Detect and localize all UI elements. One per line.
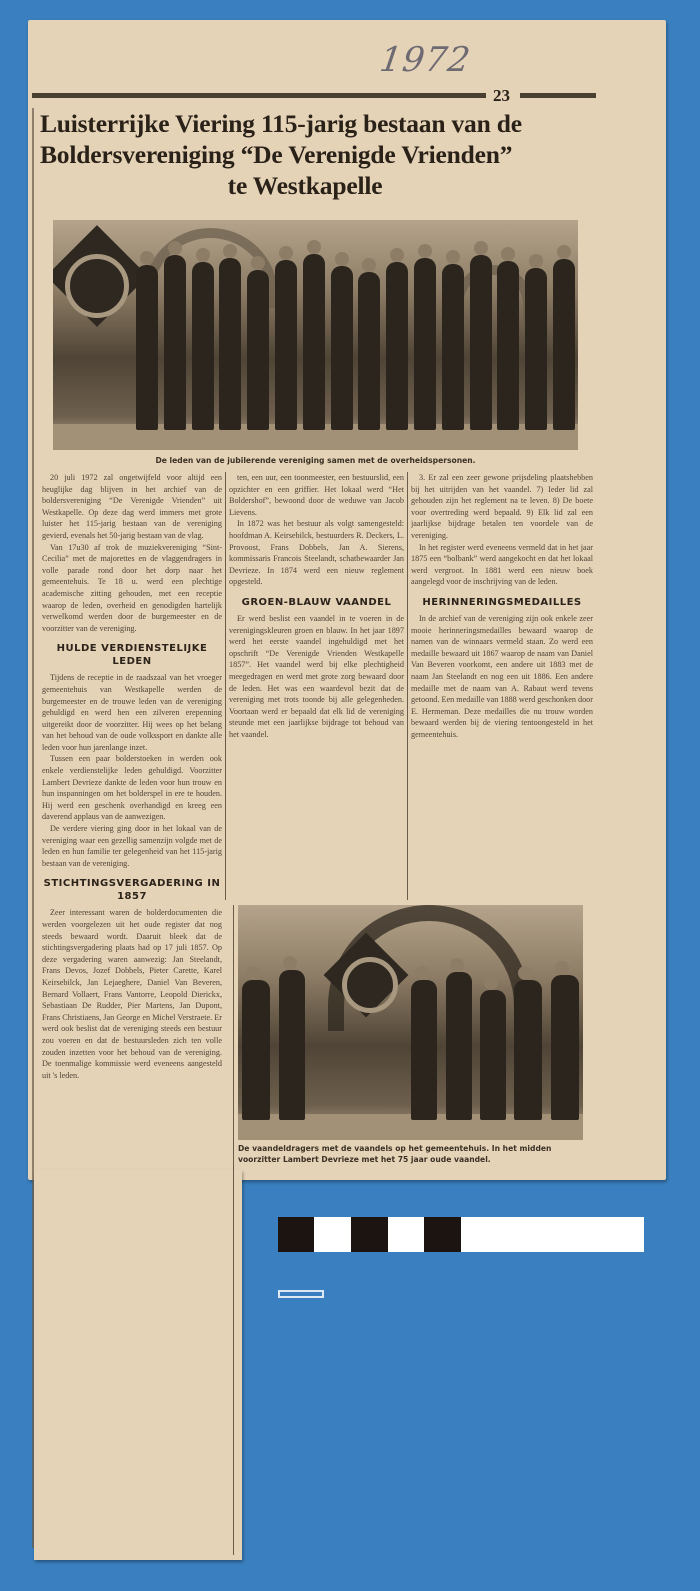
subheading: GROEN-BLAUW VAANDEL [229,596,404,609]
paragraph: Tussen een paar bolderstoeken in werden … [42,753,222,823]
paragraph: De verdere viering ging door in het loka… [42,823,222,869]
article-column-3: 3. Er zal een zeer gewone prijsdeling pl… [411,472,593,900]
banner-emblem-icon [65,254,129,318]
people-group [133,254,578,430]
photo-flag-bearers [238,905,583,1140]
paragraph: Zeer interessant waren de bolderdocument… [42,907,222,1081]
paragraph: 3. Er zal een zeer gewone prijsdeling pl… [411,472,593,542]
column-rule [32,108,34,1548]
scale-segment [278,1217,314,1252]
headline-line: te Westkapelle [40,170,600,201]
column-rule [225,472,226,900]
scale-marker [278,1290,324,1298]
column-rule [407,472,408,900]
subheading: HERINNERINGSMEDAILLES [411,596,593,609]
subheading: HULDE VERDIENSTELIJKE LEDEN [42,642,222,668]
headline: Luisterrijke Viering 115-jarig bestaan v… [40,108,600,201]
scale-bar [278,1217,644,1252]
header-rule [32,93,486,98]
header-rule [520,93,596,98]
subheading: STICHTINGSVERGADERING IN 1857 [42,877,222,903]
photo-group-members [53,220,578,450]
handwritten-year: 1972 [377,40,473,80]
paragraph: In 1872 was het bestuur als volgt sameng… [229,518,404,588]
scale-segment [424,1217,461,1252]
article-column-2: ten, een uur, een toonmeester, een bestu… [229,472,404,900]
scale-segment [388,1217,424,1252]
photo-caption: De vaandeldragers met de vaandels op het… [238,1143,583,1165]
paragraph: Tijdens de receptie in de raadszaal van … [42,672,222,753]
scale-segment [351,1217,388,1252]
people-group [238,970,583,1120]
scale-segment [461,1217,644,1252]
paragraph: Er werd beslist een vaandel in te voeren… [229,613,404,741]
paragraph: ten, een uur, een toonmeester, een bestu… [229,472,404,518]
paragraph: In de archief van de vereniging zijn ook… [411,613,593,741]
paragraph: Van 17u30 af trok de muziekvereniging “S… [42,542,222,635]
paragraph: In het register werd eveneens vermeld da… [411,542,593,588]
headline-line: Boldersvereniging “De Verenigde Vrienden… [40,139,600,170]
paragraph: 20 juli 1972 zal ongetwijfeld voor altij… [42,472,222,542]
page-number: 23 [493,86,510,106]
headline-line: Luisterrijke Viering 115-jarig bestaan v… [40,108,600,139]
scale-segment [314,1217,351,1252]
column-rule [233,905,234,1555]
article-column-1: 20 juli 1972 zal ongetwijfeld voor altij… [42,472,222,1550]
photo-caption: De leden van de jubilerende vereniging s… [53,455,578,466]
